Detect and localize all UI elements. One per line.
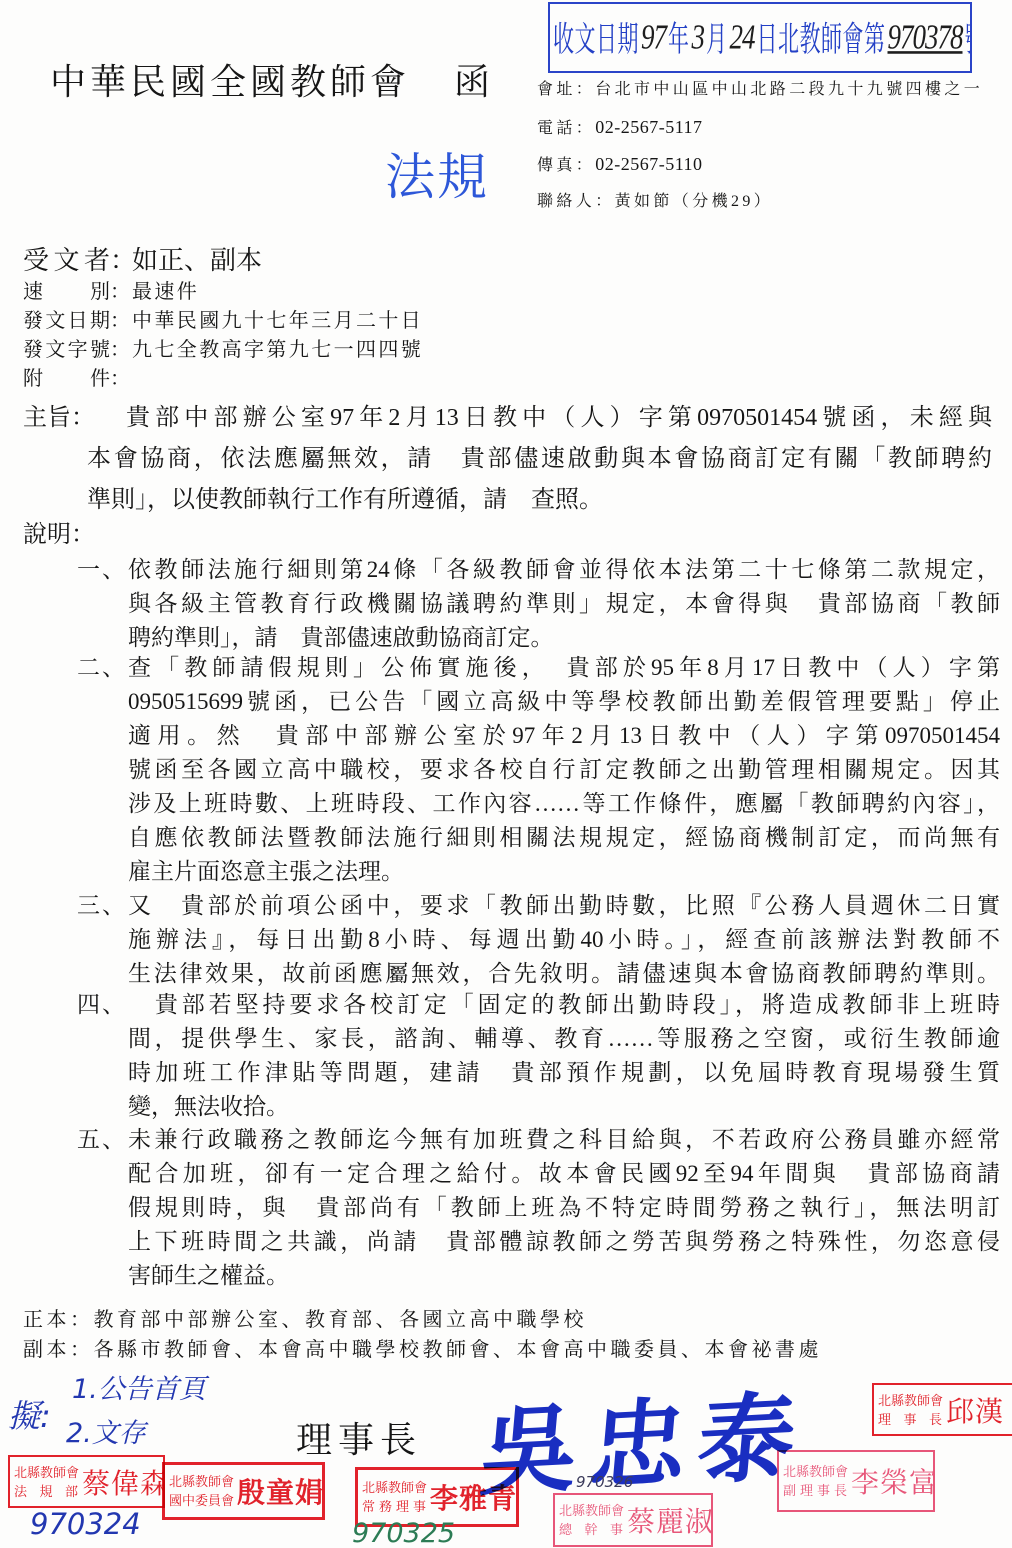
org-address: 會址：台北市中山區中山北路二段九十九號四樓之一 xyxy=(537,80,983,100)
seal-org-block: 北縣教師會 常務理事 xyxy=(362,1478,426,1516)
seal-name: 蔡麗淑 xyxy=(627,1500,713,1540)
item-number: 五、 xyxy=(77,1123,127,1157)
item-body: 查「教師請假規則」公佈實施後， 貴部於95年8月17日教中（人）字第 09505… xyxy=(128,651,1000,889)
item-line: 依教師法施行細則第24條「各級教師會並得依本法第二十七條第二款規定， xyxy=(128,553,1000,587)
seal-org-block: 北縣教師會 國中委員會 xyxy=(169,1472,233,1510)
receipt-month-unit: 月 xyxy=(706,13,728,63)
item-line: 生法律效果，故前函應屬無效，合先敘明。請儘速與本會協商教師聘約準則。 xyxy=(128,957,1000,991)
item-body: 依教師法施行細則第24條「各級教師會並得依本法第二十七條第二款規定， 與各級主管… xyxy=(128,553,1000,655)
item-line: 貴部若堅持要求各校訂定「固定的教師出勤時段」，將造成教師非上班時 xyxy=(128,988,1000,1022)
field-label: 受文者 xyxy=(23,245,110,277)
receipt-stamp: 收文日期 97 年 3 月 24 日北教師會第 970378 號 xyxy=(548,2,972,73)
item-line: 雇主片面恣意主張之法理。 xyxy=(128,855,1000,889)
item-line: 聘約準則」，請 貴部儘速啟動協商訂定。 xyxy=(128,621,1000,655)
explanation-label: 說明： xyxy=(23,518,95,552)
phone-label: 電話： xyxy=(537,120,595,137)
item-line: 上下班時間之共識，尚請 貴部體諒教師之勞苦與勞務之特殊性，勿恣意侵 xyxy=(128,1225,1000,1259)
receipt-date-label: 收文日期 xyxy=(553,13,639,63)
doc-type: 函 xyxy=(454,62,494,102)
receipt-month: 3 xyxy=(692,17,705,57)
contact-value: 黃如節（分機29） xyxy=(615,193,774,210)
seal-role: 總幹事 xyxy=(559,1520,623,1539)
seal-org: 北縣教師會 xyxy=(169,1472,233,1491)
field-label: 發文字號 xyxy=(23,336,110,365)
item-line: 配合加班，卻有一定合理之給付。故本會民國92至94年間與 貴部協商請 xyxy=(128,1157,1000,1191)
seal-role: 國中委員會 xyxy=(169,1491,233,1510)
field-separator: ： xyxy=(110,365,130,394)
original-label: 正本 xyxy=(23,1309,70,1331)
item-body: 未兼行政職務之教師迄今無有加班費之科目給與，不若政府公務員雖亦經常 配合加班，卻… xyxy=(128,1123,1000,1293)
field-recipient: 受文者：如正、副本 xyxy=(23,245,262,277)
seal-org: 北縣教師會 xyxy=(878,1391,942,1410)
address-value: 台北市中山區中山北路二段九十九號四樓之一 xyxy=(595,81,983,98)
seal-name: 殷童娟 xyxy=(237,1471,324,1511)
distribution-separator: ： xyxy=(70,1339,94,1361)
item-number: 二、 xyxy=(77,651,127,685)
fax-value: 02-2567-5110 xyxy=(595,154,702,174)
field-priority: 速別：最速件 xyxy=(23,278,199,307)
item-number: 四、 xyxy=(77,988,127,1022)
field-doc-number: 發文字號：九七全教高字第九七一四四號 xyxy=(23,336,423,365)
subject-line: 貴部中部辦公室97年2月13日教中（人）字第0970501454號函，未經與 xyxy=(87,398,992,439)
seal-org-block: 北縣教師會 理事長 xyxy=(878,1391,942,1429)
seal-role: 常務理事 xyxy=(362,1497,426,1516)
item-line: 間，提供學生、家長，諮詢、輔導、教育……等服務之空窗，或衍生教師逾 xyxy=(128,1022,1000,1056)
seal-name: 李榮富 xyxy=(851,1461,935,1501)
handwritten-date-2: 970325 xyxy=(352,1518,455,1548)
field-issue-date: 發文日期：中華民國九十七年三月二十日 xyxy=(23,307,423,336)
seal-name: 蔡偉森 xyxy=(82,1462,165,1502)
item-line: 未兼行政職務之教師迄今無有加班費之科目給與，不若政府公務員雖亦經常 xyxy=(128,1123,1000,1157)
receipt-year-unit: 年 xyxy=(668,13,690,63)
fax-label: 傳真： xyxy=(537,157,595,174)
item-line: 涉及上班時數、上班時段、工作內容……等工作條件，應屬「教師聘約內容」， xyxy=(128,787,1000,821)
field-separator: ： xyxy=(110,278,130,307)
field-label: 速別 xyxy=(23,278,110,307)
subject-body: 貴部中部辦公室97年2月13日教中（人）字第0970501454號函，未經與 本… xyxy=(87,398,992,521)
receipt-doc-number: 970378 xyxy=(888,17,963,57)
item-body: 又 貴部於前項公函中，要求「教師出勤時數，比照『公務人員週休二日實 施辦法』，每… xyxy=(128,889,1000,991)
seal-chairman: 北縣教師會 理事長 邱漢 xyxy=(872,1383,1012,1436)
letterhead-title: 中華民國全國教師會函 xyxy=(50,58,494,106)
receipt-year: 97 xyxy=(641,17,666,57)
item-line: 害師生之權益。 xyxy=(128,1259,1000,1293)
item-line: 號函至各國立高中職校，要求各校自行訂定教師之出勤管理相關規定。因其 xyxy=(128,753,1000,787)
category-stamp: 法規 xyxy=(385,146,489,208)
field-separator: ： xyxy=(110,336,130,365)
field-attachment: 附件： xyxy=(23,365,132,394)
item-number: 一、 xyxy=(77,553,127,587)
copy-label: 副本 xyxy=(23,1339,70,1361)
distribution-original: 正本：教育部中部辦公室、教育部、各國立高中職學校 xyxy=(23,1306,587,1334)
receipt-day: 24 xyxy=(730,17,755,57)
item-line: 變，無法收拾。 xyxy=(128,1090,1000,1124)
seal-role: 法規部 xyxy=(14,1482,78,1501)
item-number: 三、 xyxy=(77,889,127,923)
org-contact: 聯絡人：黃如節（分機29） xyxy=(537,192,773,212)
handwritten-signature: 吳忠泰 xyxy=(476,1382,812,1509)
seal-org: 北縣教師會 xyxy=(362,1478,426,1497)
item-line: 查「教師請假規則」公佈實施後， 貴部於95年8月17日教中（人）字第 xyxy=(128,651,1000,685)
field-value: 九七全教高字第九七一四四號 xyxy=(130,336,423,365)
seal-role: 理事長 xyxy=(878,1410,942,1429)
seal-org: 北縣教師會 xyxy=(14,1463,78,1482)
seal-legal-dept: 北縣教師會 法規部 蔡偉森 xyxy=(8,1455,165,1508)
item-line: 施辦法』，每日出勤8小時、每週出勤40小時。」，經查前該辦法對教師不 xyxy=(128,923,1000,957)
item-line: 適用。然 貴部中部辦公室於97年2月13日教中（人）字第0970501454 xyxy=(128,719,1000,753)
copy-recipients: 各縣市教師會、本會高中職學校教師會、本會高中職委員、本會祕書處 xyxy=(94,1339,823,1361)
handwritten-action-2: 2.文存 xyxy=(66,1416,146,1452)
item-line: 與各級主管教育行政機關協議聘約準則」規定，本會得與 貴部協商「教師 xyxy=(128,587,1000,621)
contact-label: 聯絡人： xyxy=(537,193,615,210)
field-value: 最速件 xyxy=(130,278,199,307)
distribution-copy: 副本：各縣市教師會、本會高中職學校教師會、本會高中職委員、本會祕書處 xyxy=(23,1336,822,1364)
handwritten-proposal-label: 擬: xyxy=(8,1396,51,1436)
seal-junior-high-committee: 北縣教師會 國中委員會 殷童娟 xyxy=(162,1462,325,1520)
handwritten-date-1: 970324 xyxy=(30,1506,141,1542)
receipt-doc-number-unit: 號 xyxy=(965,13,973,63)
seal-org-block: 北縣教師會 總幹事 xyxy=(559,1501,623,1539)
seal-name: 邱漢 xyxy=(946,1390,1004,1430)
org-fax: 傳真：02-2567-5110 xyxy=(537,154,703,176)
handwritten-action-1: 1.公告首頁 xyxy=(72,1372,206,1408)
distribution-separator: ： xyxy=(70,1309,94,1331)
item-line: 0950515699號函，已公告「國立高級中等學校教師出勤差假管理要點」停止 xyxy=(128,685,1000,719)
field-value: 中華民國九十七年三月二十日 xyxy=(130,307,423,336)
field-label: 發文日期 xyxy=(23,307,110,336)
phone-value: 02-2567-5117 xyxy=(595,117,702,137)
org-name: 中華民國全國教師會 xyxy=(50,62,410,102)
org-phone: 電話：02-2567-5117 xyxy=(537,117,703,139)
subject-label: 主旨： xyxy=(23,398,95,439)
field-separator: ： xyxy=(110,245,130,277)
original-recipients: 教育部中部辦公室、教育部、各國立高中職學校 xyxy=(94,1309,588,1331)
signatory-title: 理事長 xyxy=(296,1418,422,1462)
field-value: 如正、副本 xyxy=(130,245,262,277)
handwritten-date-3: 970326 xyxy=(576,1472,633,1492)
item-line: 又 貴部於前項公函中，要求「教師出勤時數，比照『公務人員週休二日實 xyxy=(128,889,1000,923)
item-body: 貴部若堅持要求各校訂定「固定的教師出勤時段」，將造成教師非上班時 間，提供學生、… xyxy=(128,988,1000,1124)
field-label: 附件 xyxy=(23,365,110,394)
subject-line: 準則」，以使教師執行工作有所遵循，請 查照。 xyxy=(87,480,992,521)
subject-line: 本會協商，依法應屬無效，請 貴部儘速啟動與本會協商訂定有關「教師聘約 xyxy=(87,439,992,480)
item-line: 自應依教師法暨教師法施行細則相關法規規定，經協商機制訂定，而尚無有 xyxy=(128,821,1000,855)
item-line: 假規則時，與 貴部尚有「教師上班為不特定時間勞務之執行」，無法明訂 xyxy=(128,1191,1000,1225)
field-separator: ： xyxy=(110,307,130,336)
address-label: 會址： xyxy=(537,81,595,98)
item-line: 時加班工作津貼等問題，建請 貴部預作規劃，以免屆時教育現場發生質 xyxy=(128,1056,1000,1090)
receipt-org: 日北教師會第 xyxy=(757,13,886,63)
seal-org-block: 北縣教師會 法規部 xyxy=(14,1463,78,1501)
